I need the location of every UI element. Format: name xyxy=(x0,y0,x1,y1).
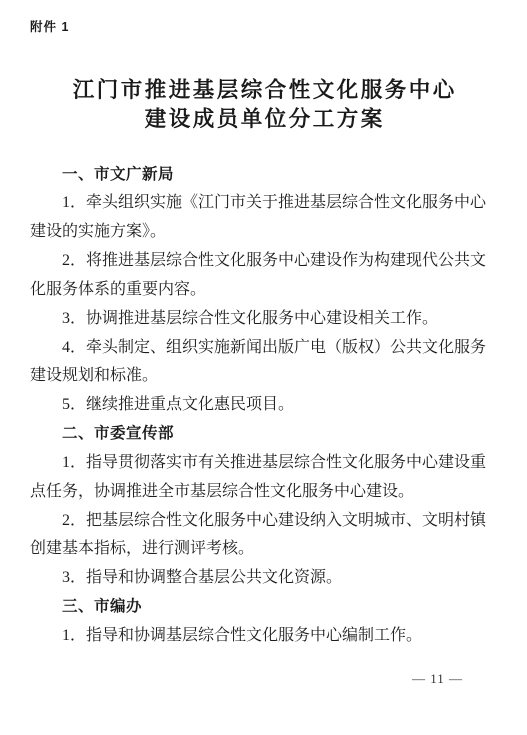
document-title-line-1: 江门市推进基层综合性文化服务中心 xyxy=(0,76,527,105)
body-line: 2．将推进基层综合性文化服务中心建设作为构建现代公共文 xyxy=(30,247,497,276)
body-line: 1．指导贯彻落实市有关推进基层综合性文化服务中心建设重 xyxy=(30,449,497,478)
body-line: 3．指导和协调整合基层公共文化资源。 xyxy=(30,564,497,593)
document-page: 附件 1 江门市推进基层综合性文化服务中心 建设成员单位分工方案 一、市文广新局… xyxy=(0,0,527,735)
body-line: 3．协调推进基层综合性文化服务中心建设相关工作。 xyxy=(30,305,497,334)
page-number: — 11 — xyxy=(412,671,463,687)
body-line: 点任务，协调推进全市基层综合性文化服务中心建设。 xyxy=(30,478,497,507)
document-title: 江门市推进基层综合性文化服务中心 建设成员单位分工方案 xyxy=(0,76,527,134)
document-title-line-2: 建设成员单位分工方案 xyxy=(0,105,527,134)
body-line: 1．牵头组织实施《江门市关于推进基层综合性文化服务中心 xyxy=(30,189,497,218)
section-heading: 三、市编办 xyxy=(30,593,497,622)
body-line: 4．牵头制定、组织实施新闻出版广电（版权）公共文化服务 xyxy=(30,334,497,363)
attachment-label: 附件 1 xyxy=(30,19,69,35)
section-heading: 一、市文广新局 xyxy=(30,161,497,190)
body-line: 化服务体系的重要内容。 xyxy=(30,276,497,305)
body-line: 创建基本指标，进行测评考核。 xyxy=(30,535,497,564)
body-line: 5．继续推进重点文化惠民项目。 xyxy=(30,391,497,420)
body-line: 建设的实施方案》。 xyxy=(30,218,497,247)
body-line: 建设规划和标准。 xyxy=(30,362,497,391)
section-heading: 二、市委宣传部 xyxy=(30,420,497,449)
body-line: 2．把基层综合性文化服务中心建设纳入文明城市、文明村镇 xyxy=(30,507,497,536)
body-line: 1．指导和协调基层综合性文化服务中心编制工作。 xyxy=(30,622,497,651)
document-body: 一、市文广新局1．牵头组织实施《江门市关于推进基层综合性文化服务中心建设的实施方… xyxy=(30,161,497,651)
